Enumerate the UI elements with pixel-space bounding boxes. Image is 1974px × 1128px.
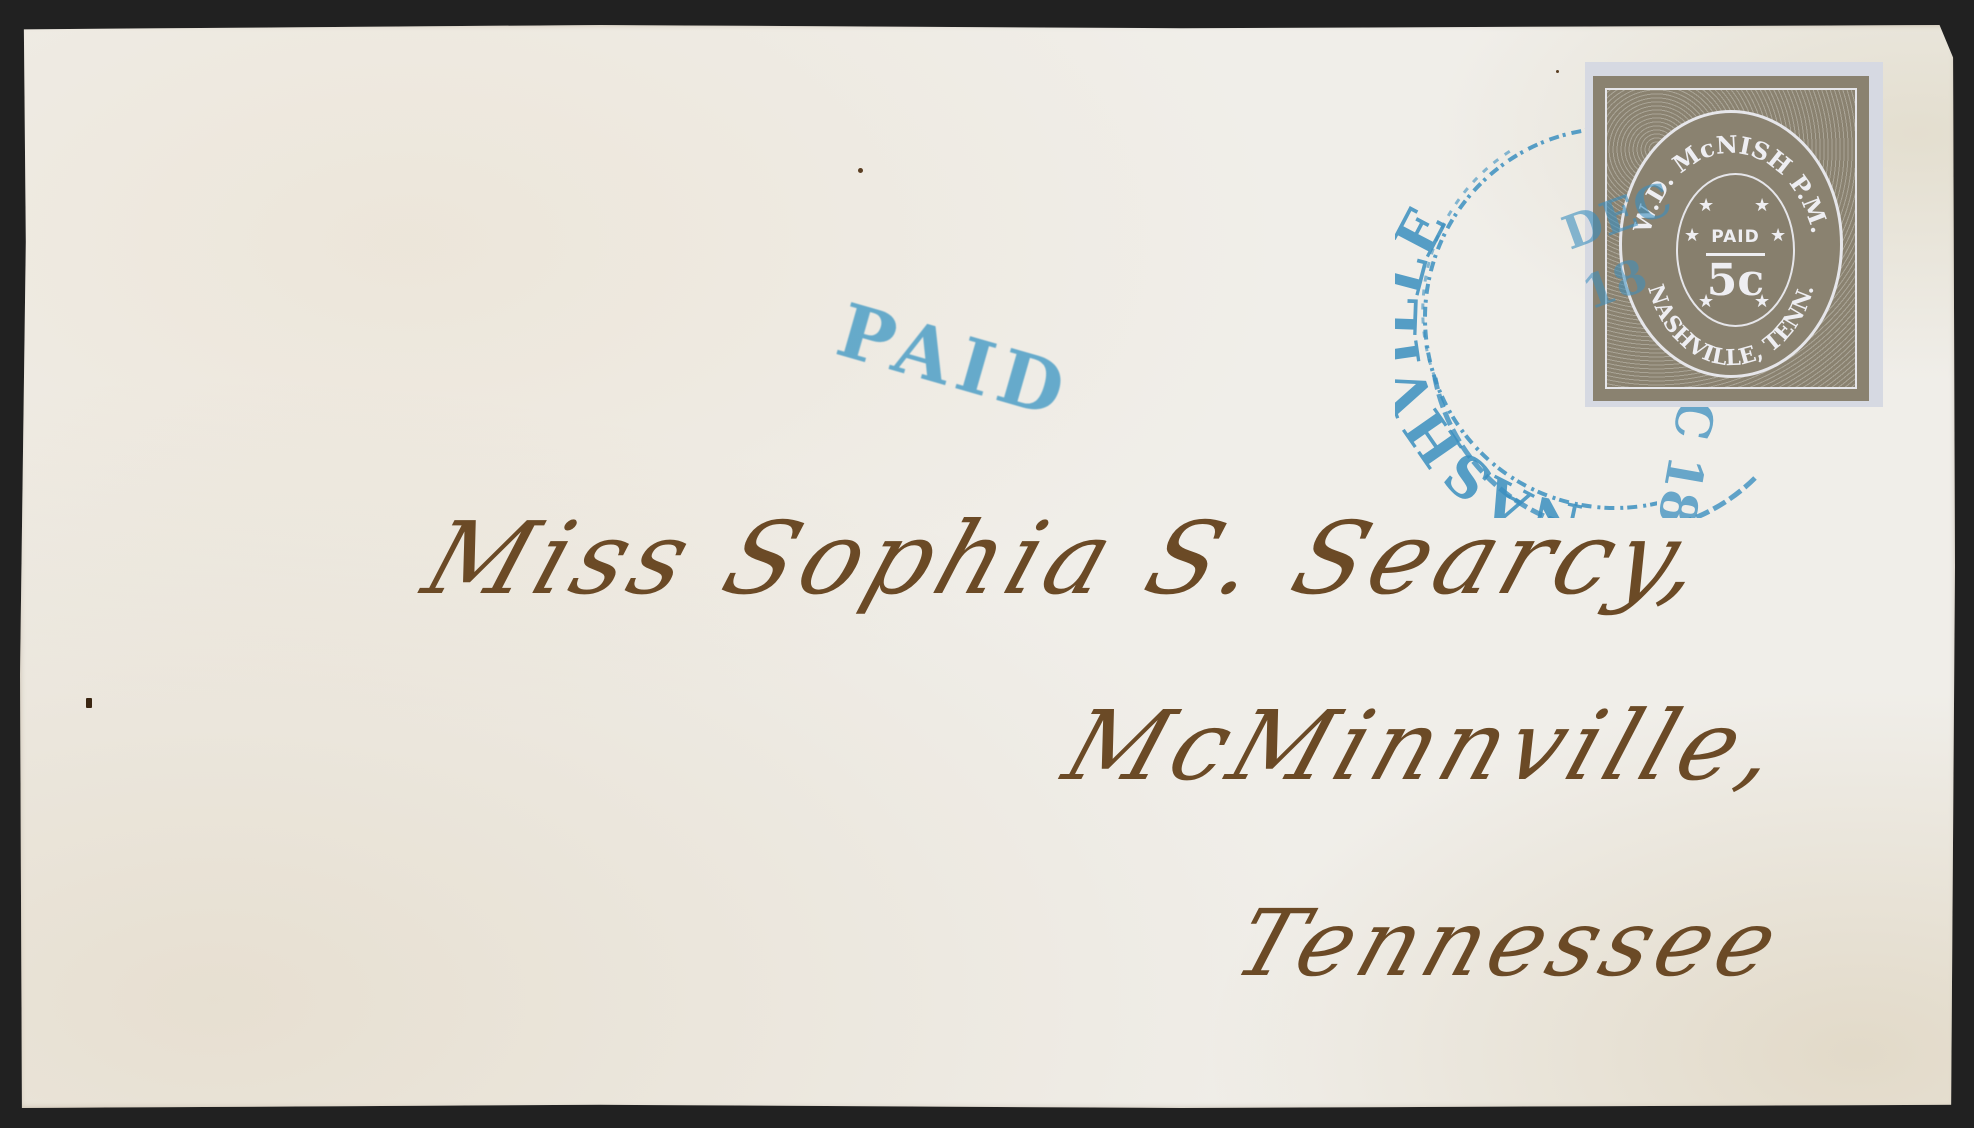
address-recipient: Miss Sophia S. Searcy, [411,500,1725,617]
ink-speck [86,698,92,708]
svg-text:DEC: DEC [1560,180,1679,260]
datestamp-overstrike: DEC 18 [1560,180,1760,330]
address-state: Tennessee [1223,890,1797,997]
svg-text:NASHVILLE: NASHVILLE [1395,198,1588,518]
svg-text:18: 18 [1575,248,1654,321]
ink-speck [858,168,863,173]
address-town: McMinnville, [1052,690,1799,802]
ink-speck [1556,70,1559,73]
